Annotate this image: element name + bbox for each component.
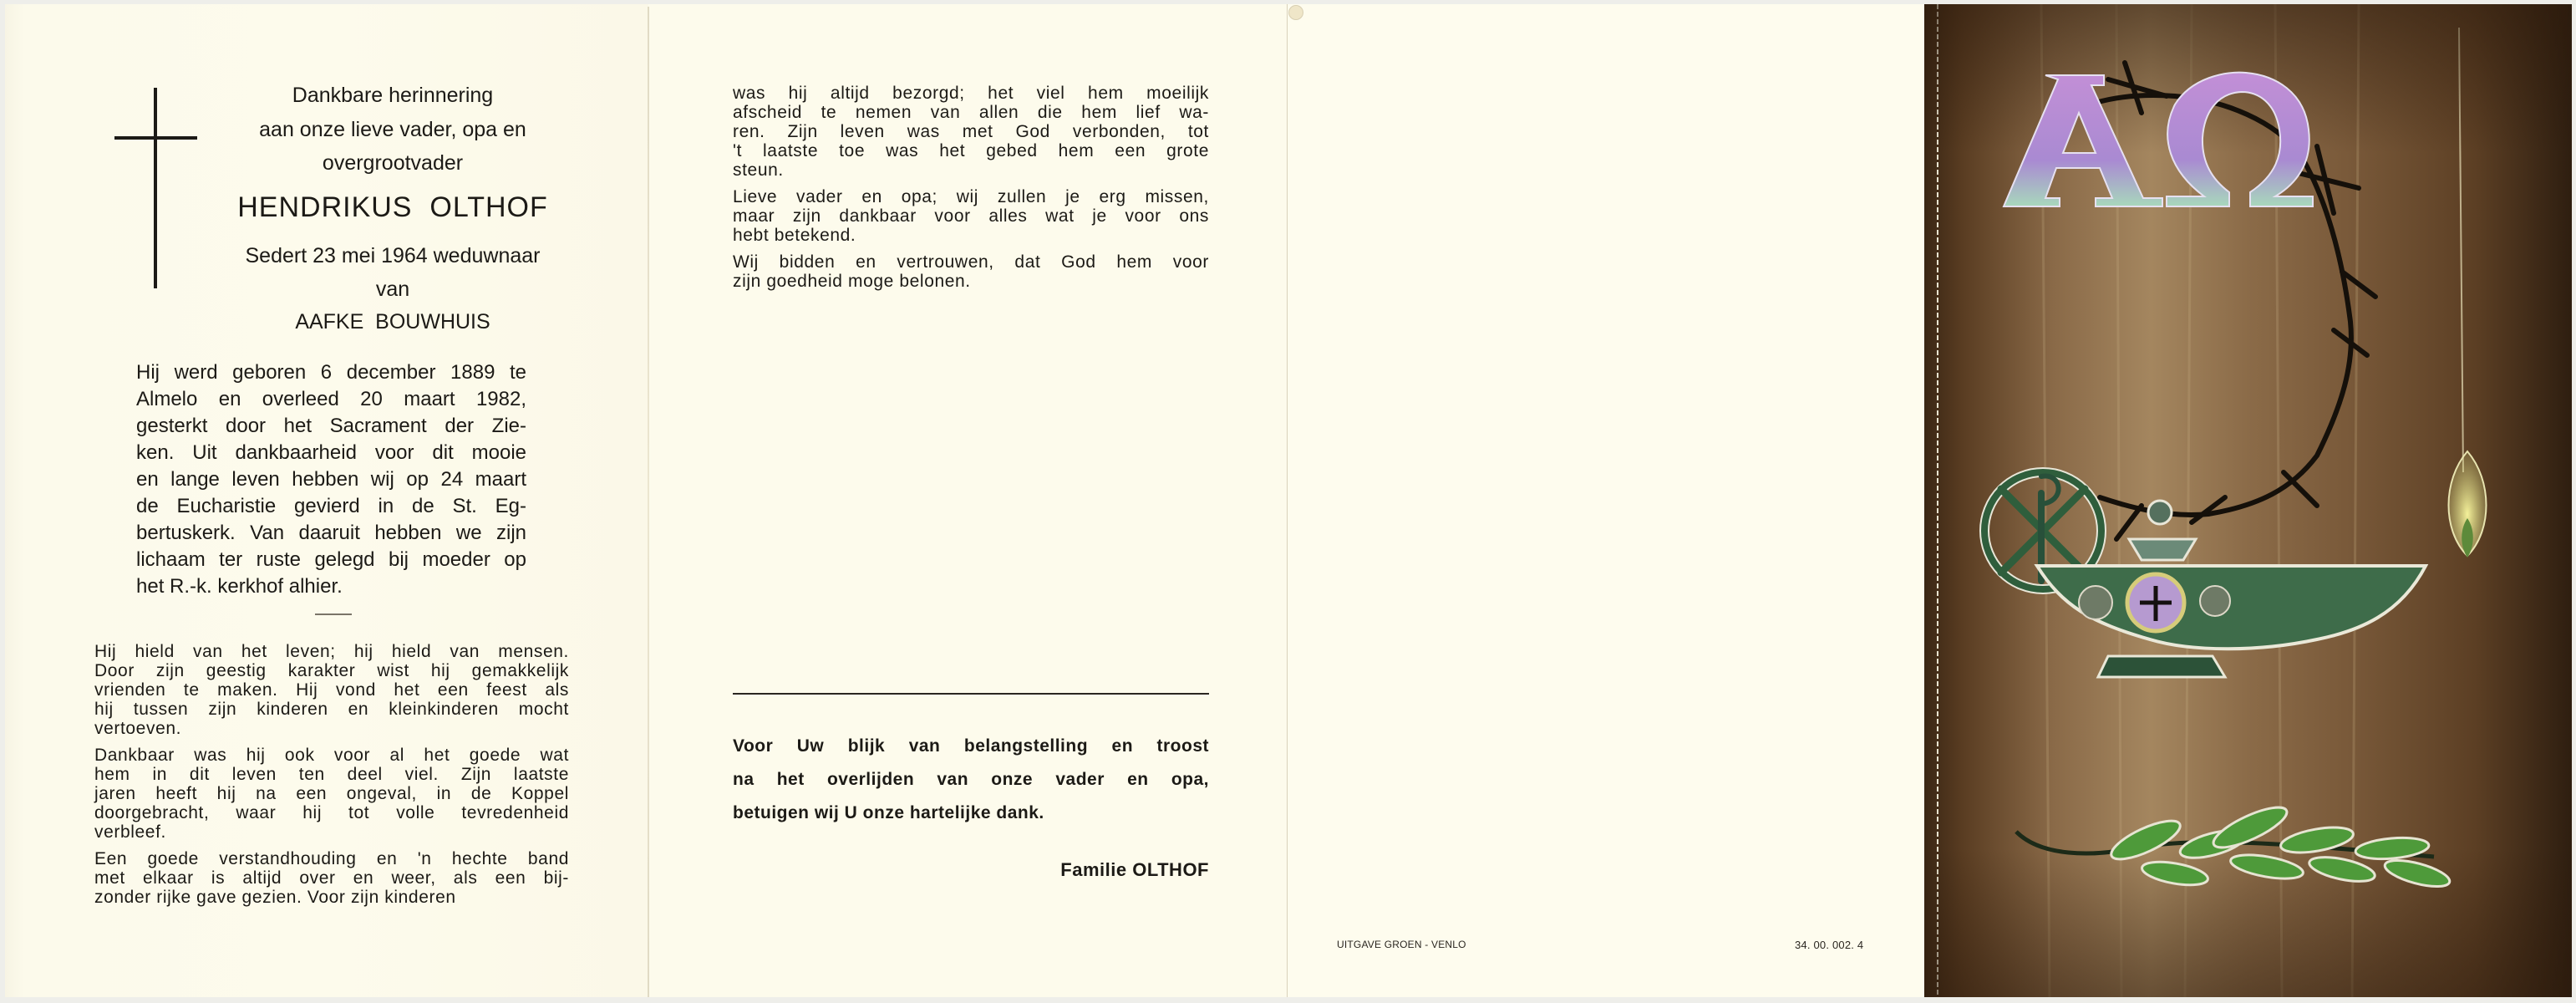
text-line: Lieve vader en opa; wij zullen je erg mi… [733,187,1209,206]
thanks-line: betuigen wij U onze hartelijke dank. [733,797,1209,830]
text-line: 't laatste toe was het gebed hem een gro… [733,141,1209,160]
deceased-name: HENDRIKUS OLTHOF [209,191,577,224]
divider-rule [733,693,1209,695]
biography-line: Hij werd geboren 6 december 1889 te [136,359,526,386]
header-line-3: overgrootvader [251,151,535,176]
tribute-text-left: Hij hield van het leven; hij hield van m… [94,642,569,907]
text-line: verbleef. [94,822,569,842]
biography-line: ken. Uit dankbaarheid voor dit mooie [136,440,526,466]
biography-line: bertuskerk. Van daaruit hebben we zijn [136,520,526,547]
spouse-name: AAFKE BOUWHUIS [251,310,535,334]
text-line: hebt betekend. [733,226,1209,245]
text-line: Wij bidden en vertrouwen, dat God hem vo… [733,252,1209,272]
separator-dash [315,614,352,615]
text-line: maar zijn dankbaar voor alles wat je voo… [733,206,1209,226]
cross-icon [154,88,157,288]
text-line: zonder rijke gave gezien. Voor zijn kind… [94,888,569,907]
cross-icon-bar [114,136,197,140]
header-line-1: Dankbare herinnering [251,84,535,108]
tribute-text-middle: was hij altijd bezorgd; het viel hem moe… [733,84,1209,291]
text-line: jaren heeft hij na een ongeval, in de Ko… [94,784,569,803]
corner-crease [1289,6,1303,19]
biography-line: lichaam ter ruste gelegd bij moeder op [136,547,526,573]
text-line: vertoeven. [94,719,569,738]
text-line: ren. Zijn leven was met God verbonden, t… [733,122,1209,141]
family-signature: Familie OLTHOF [961,859,1209,881]
text-line: hem in dit leven ten deel viel. Zijn laa… [94,765,569,784]
artwork-image [1924,4,2572,997]
biography-line: Almelo en overleed 20 maart 1982, [136,386,526,413]
biography-line: het R.-k. kerkhof alhier. [136,573,526,600]
card-split-line [1287,4,1288,997]
publisher-label: UITGAVE GROEN - VENLO [1337,939,1466,950]
text-line: afscheid te nemen van allen die hem lief… [733,103,1209,122]
card-panel-back [1288,4,1924,997]
text-line: doorgebracht, waar hij tot volle tevrede… [94,803,569,822]
text-line: vrienden te maken. Hij vond het een fees… [94,680,569,700]
fold-line [648,7,649,997]
thanks-text: Voor Uw blijk van belangstelling en troo… [733,730,1209,830]
header-line-2: aan onze lieve vader, opa en [251,118,535,142]
text-line: hij tussen zijn kinderen en kleinkindere… [94,700,569,719]
thanks-line: Voor Uw blijk van belangstelling en troo… [733,730,1209,763]
biography-line: de Eucharistie gevierd in de St. Eg- [136,493,526,520]
thanks-line: na het overlijden van onze vader en opa, [733,763,1209,797]
widower-line: Sedert 23 mei 1964 weduwnaar [226,244,560,268]
card-panel-artwork [1924,4,2572,997]
biography-line: gesterkt door het Sacrament der Zie- [136,413,526,440]
van-line: van [251,277,535,302]
text-line: steun. [733,160,1209,180]
text-line: Hij hield van het leven; hij hield van m… [94,642,569,661]
article-number: 34. 00. 002. 4 [1795,939,1863,951]
text-line: zijn goedheid moge belonen. [733,272,1209,291]
text-line: Door zijn geestig karakter wist hij gema… [94,661,569,680]
text-line: Een goede verstandhouding en 'n hechte b… [94,849,569,868]
text-line: was hij altijd bezorgd; het viel hem moe… [733,84,1209,103]
text-line: Dankbaar was hij ook voor al het goede w… [94,746,569,765]
text-line: met elkaar is altijd over en weer, als e… [94,868,569,888]
biography-line: en lange leven hebben wij op 24 maart [136,466,526,493]
